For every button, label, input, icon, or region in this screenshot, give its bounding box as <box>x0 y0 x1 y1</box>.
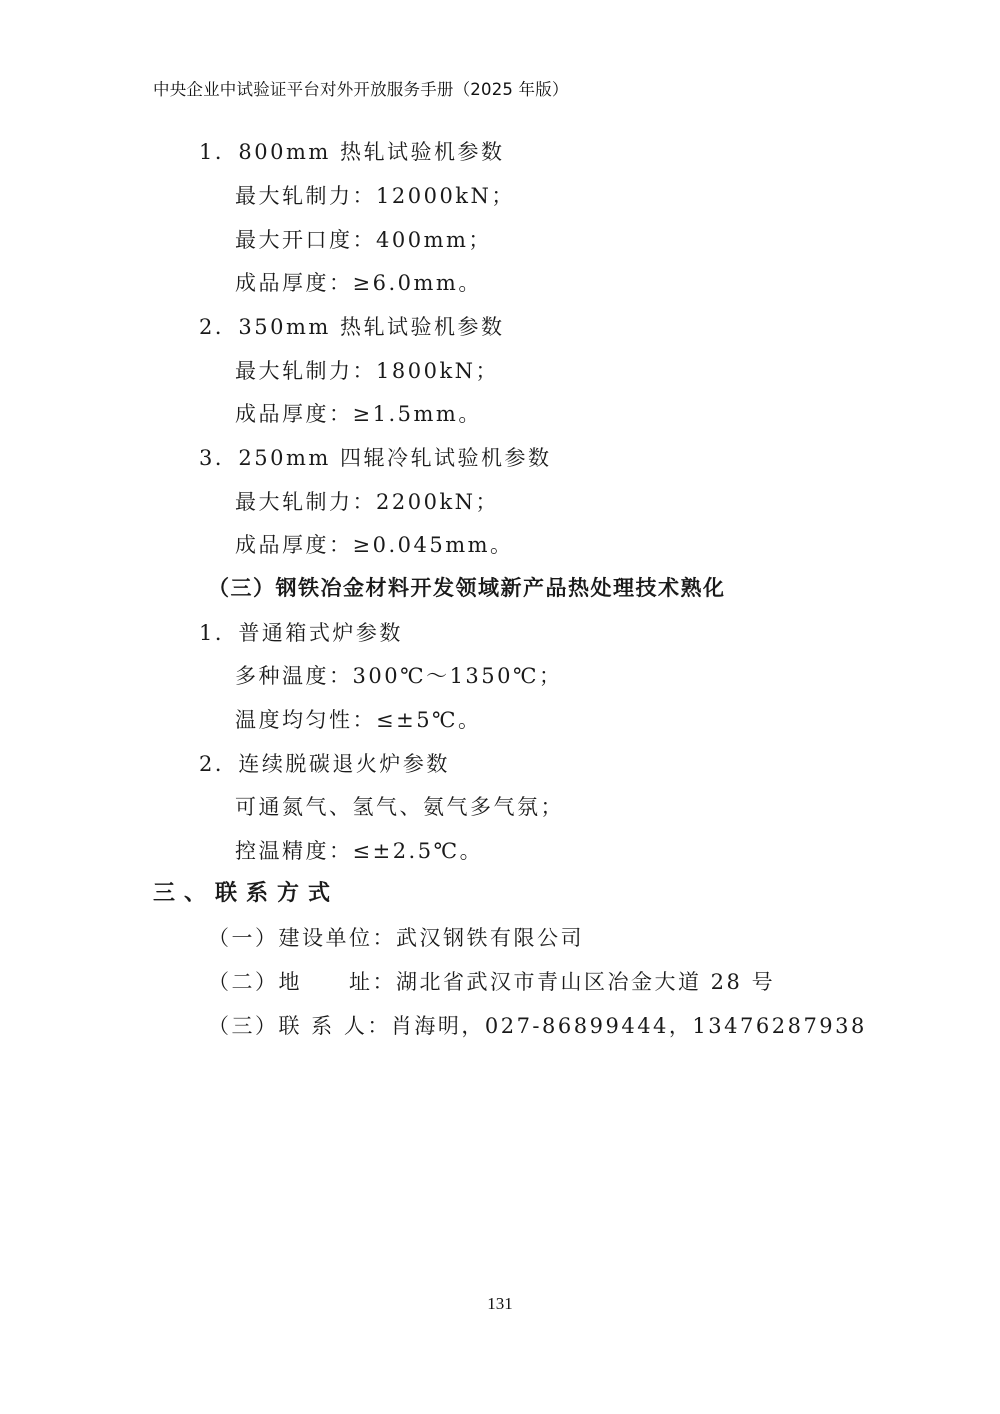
furnace-2-title: 2．连续脱碳退火炉参数 <box>199 748 450 778</box>
running-header: 中央企业中试验证平台对外开放服务手册（2025 年版） <box>153 76 569 100</box>
mill-1-param-1: 最大轧制力：12000kN； <box>235 180 515 210</box>
furnace-2-param-2: 控温精度：≤±2.5℃。 <box>235 835 483 865</box>
furnace-1-param-2: 温度均匀性：≤±5℃。 <box>235 704 482 734</box>
mill-1-title: 1．800mm 热轧试验机参数 <box>199 136 504 166</box>
mill-1-param-3: 成品厚度：≥6.0mm。 <box>235 267 482 297</box>
mill-3-param-1: 最大轧制力：2200kN； <box>235 486 499 516</box>
furnace-2-param-1: 可通氮气、氢气、氨气多气氛； <box>235 791 564 821</box>
mill-2-param-2: 成品厚度：≥1.5mm。 <box>235 398 482 428</box>
mill-2-title: 2．350mm 热轧试验机参数 <box>199 311 504 341</box>
page-number: 131 <box>0 1294 1000 1314</box>
contact-heading: 三、联系方式 <box>153 876 339 907</box>
furnace-1-param-1: 多种温度：300℃～1350℃； <box>235 660 563 690</box>
mill-3-title: 3．250mm 四辊冷轧试验机参数 <box>199 442 551 472</box>
contact-address: （二）地 址：湖北省武汉市青山区冶金大道 28 号 <box>208 966 775 996</box>
heat-treatment-heading: （三）钢铁冶金材料开发领域新产品热处理技术熟化 <box>208 572 726 602</box>
furnace-1-title: 1．普通箱式炉参数 <box>199 617 403 647</box>
contact-person: （三）联 系 人：肖海明，027-86899444，13476287938 <box>208 1010 867 1040</box>
contact-unit: （一）建设单位：武汉钢铁有限公司 <box>208 922 584 952</box>
mill-3-param-2: 成品厚度：≥0.045mm。 <box>235 529 514 559</box>
mill-2-param-1: 最大轧制力：1800kN； <box>235 355 499 385</box>
mill-1-param-2: 最大开口度：400mm； <box>235 224 492 254</box>
